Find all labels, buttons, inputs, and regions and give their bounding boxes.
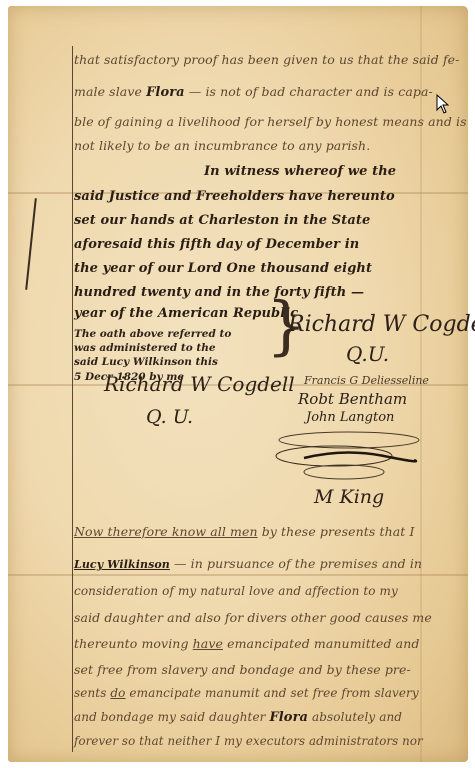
text-line: said daughter and also for divers other … (74, 610, 464, 625)
name-flora: Flora (269, 710, 308, 725)
signature: Robt Bentham (298, 390, 407, 408)
text-line: that satisfactory proof has been given t… (74, 52, 464, 67)
text-line: set free from slavery and bondage and by… (74, 662, 464, 677)
text-line: not likely to be an incumbrance to any p… (74, 138, 464, 153)
text-fragment: sents (74, 686, 106, 700)
text-fragment: Now therefore know all men (74, 524, 258, 539)
signature: M King (314, 486, 384, 508)
text-line: ble of gaining a livelihood for herself … (74, 114, 464, 129)
signature: John Langton (306, 410, 394, 425)
text-fragment: absolutely and (312, 710, 402, 724)
signature: Francis G Deliesseline (304, 374, 429, 387)
text-fragment: — in pursuance of the premises and in (174, 556, 422, 571)
text-line: aforesaid this fifth day of December in (74, 237, 464, 252)
name-lucy-wilkinson: Lucy Wilkinson (74, 558, 170, 571)
text-line: thereunto moving have emancipated manumi… (74, 636, 464, 651)
text-line: forever so that neither I my executors a… (74, 734, 464, 748)
text-fragment: emancipate manumit and set free from sla… (129, 686, 418, 700)
text-fragment: do (110, 686, 125, 700)
text-fragment: by these presents that I (262, 524, 415, 539)
text-line: and bondage my said daughter Flora absol… (74, 710, 464, 725)
signature: Richard W Cogdell (104, 372, 295, 396)
oath-note-line: said Lucy Wilkinson this (74, 356, 218, 368)
name-flora: Flora (146, 85, 185, 100)
text-fragment: and bondage my said daughter (74, 710, 266, 724)
text-line: Lucy Wilkinson — in pursuance of the pre… (74, 556, 464, 571)
text-fragment: thereunto moving (74, 636, 189, 651)
signature-title: Q. U. (146, 406, 193, 428)
oath-note-line: The oath above referred to (74, 328, 231, 340)
text-line: In witness whereof we the (204, 164, 464, 179)
signature: Richard W Cogdell (288, 312, 475, 337)
text-line: sents do emancipate manumit and set free… (74, 686, 464, 700)
text-fragment: male slave (74, 84, 142, 99)
signature-title: Q.U. (346, 342, 389, 366)
margin-rule (72, 46, 73, 752)
oath-note-line: was administered to the (74, 342, 216, 354)
text-line: consideration of my natural love and aff… (74, 584, 464, 598)
text-fragment: emancipated manumitted and (227, 636, 419, 651)
text-fragment: is not of bad character and is capa- (205, 84, 432, 99)
text-line: set our hands at Charleston in the State (74, 213, 464, 228)
text-fragment: have (193, 636, 223, 651)
manuscript-page: that satisfactory proof has been given t… (8, 6, 468, 762)
text-line: Now therefore know all men by these pres… (74, 524, 464, 539)
text-line: said Justice and Freeholders have hereun… (74, 189, 464, 204)
fold-crease (8, 574, 468, 576)
text-line: the year of our Lord One thousand eight (74, 261, 464, 276)
flourish-signature (264, 426, 434, 486)
text-line: male slave Flora — is not of bad charact… (74, 84, 464, 100)
margin-mark (25, 198, 37, 290)
